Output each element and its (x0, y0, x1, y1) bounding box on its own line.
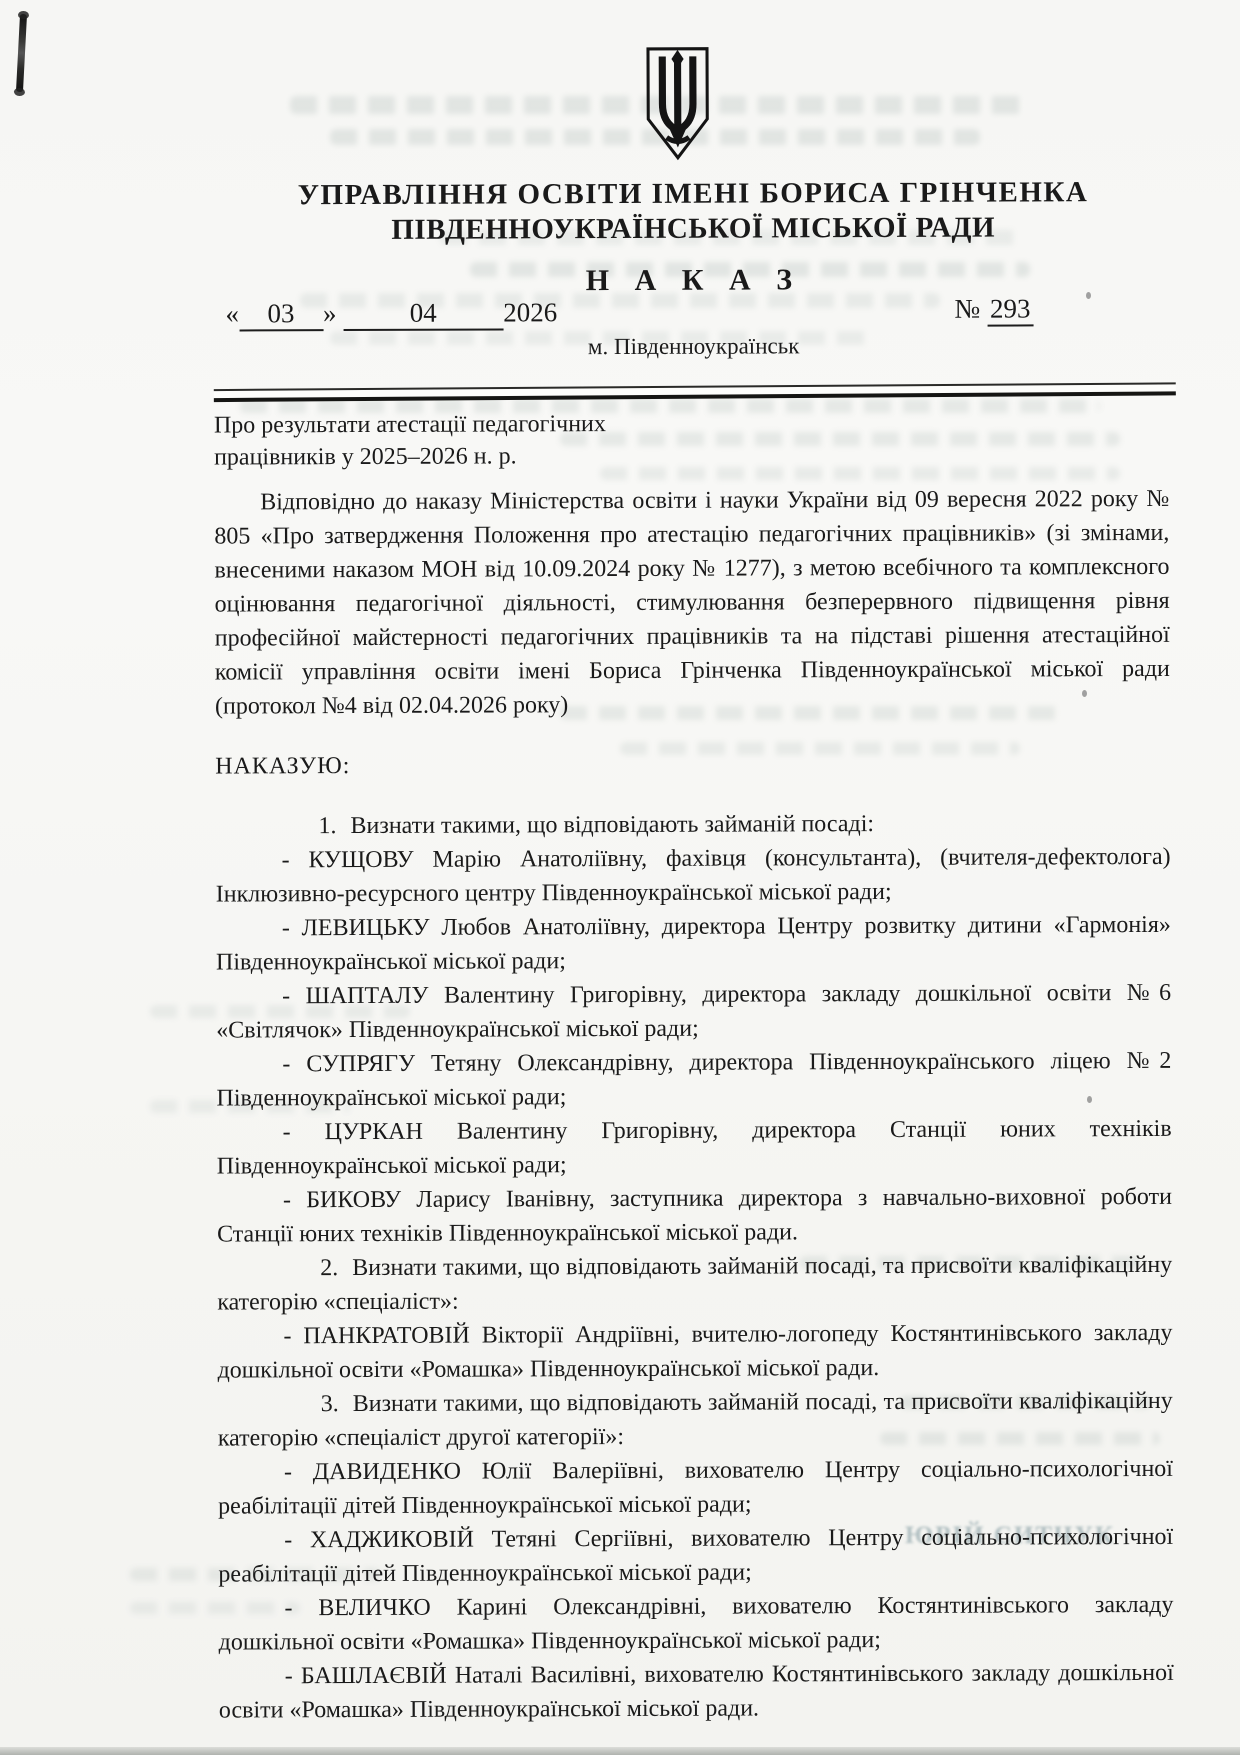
order-entry: - ЦУРКАН Валентину Григорівну, директора… (217, 1112, 1172, 1184)
order-item-number: 1. (318, 813, 336, 839)
order-entry: - КУЩОВУ Марію Анатоліївну, фахівця (кон… (216, 840, 1171, 912)
open-quote: « (225, 298, 239, 328)
date-day: 03 (239, 298, 323, 331)
org-name-line2: ПІВДЕННОУКРАЇНСЬКОЇ МІСЬКОЇ РАДИ (148, 211, 1238, 248)
org-name-line1: УПРАВЛІННЯ ОСВІТИ ІМЕНІ БОРИСА ГРІНЧЕНКА (148, 176, 1238, 213)
order-number: 293 (987, 293, 1034, 326)
scan-bottom-edge (0, 1747, 1240, 1755)
subject-line: Про результати атестації педагогічних пр… (214, 406, 1169, 474)
order-entry: - ХАДЖИКОВІЙ Тетяні Сергіївні, виховател… (218, 1520, 1173, 1592)
date-field: «03» 042026 (225, 297, 557, 331)
date-year: 2026 (503, 297, 557, 327)
order-entry: - ЛЕВИЦЬКУ Любов Анатоліївну, директора … (216, 908, 1171, 980)
order-item-heading: 1.Визнати такими, що відповідають займан… (215, 806, 1170, 844)
order-number-field: № 293 (954, 293, 1033, 326)
document-type-title: Н А К А З (148, 262, 1238, 300)
city-line: м. Південноукраїнськ (214, 332, 1174, 362)
order-item-number: 2. (320, 1255, 338, 1281)
order-entry: - ШАПТАЛУ Валентину Григорівну, директор… (216, 976, 1171, 1048)
order-item-heading: 3.Визнати такими, що відповідають займан… (218, 1384, 1173, 1456)
order-item-number: 3. (321, 1391, 339, 1417)
order-entry: - ДАВИДЕНКО Юлії Валеріївні, вихователю … (218, 1452, 1173, 1524)
number-label: № (954, 294, 980, 324)
subject-line2: працівників у 2025–2026 н. р. (214, 443, 517, 470)
order-entry: - БАШЛАЄВІЙ Наталі Василівні, вихователю… (219, 1656, 1174, 1728)
order-word: НАКАЗУЮ: (215, 746, 1170, 784)
scanned-order-document: ЮРІЙ СИТЧУК УПРАВЛІННЯ ОСВІТИ ІМЕНІ БОРИ… (0, 0, 1240, 1755)
date-month: 04 (343, 297, 503, 331)
document-body: Про результати атестації педагогічних пр… (214, 406, 1174, 1728)
subject-line1: Про результати атестації педагогічних (214, 411, 606, 439)
order-entry: - ПАНКРАТОВІЙ Вікторії Андріївні, вчител… (217, 1316, 1172, 1388)
order-entry: - ВЕЛИЧКО Карині Олександрівні, виховате… (218, 1588, 1173, 1660)
order-item-heading: 2.Визнати такими, що відповідають займан… (217, 1248, 1172, 1320)
preamble-paragraph: Відповідно до наказу Міністерства освіти… (214, 482, 1170, 724)
close-quote: » (323, 298, 337, 328)
order-items: 1.Визнати такими, що відповідають займан… (215, 806, 1174, 1728)
order-entry: - БИКОВУ Ларису Іванівну, заступника дир… (217, 1180, 1172, 1252)
header-divider-rule (214, 382, 1176, 402)
ukraine-trident-emblem (643, 46, 711, 162)
order-entry: - СУПРЯГУ Тетяну Олександрівну, директор… (216, 1044, 1171, 1116)
